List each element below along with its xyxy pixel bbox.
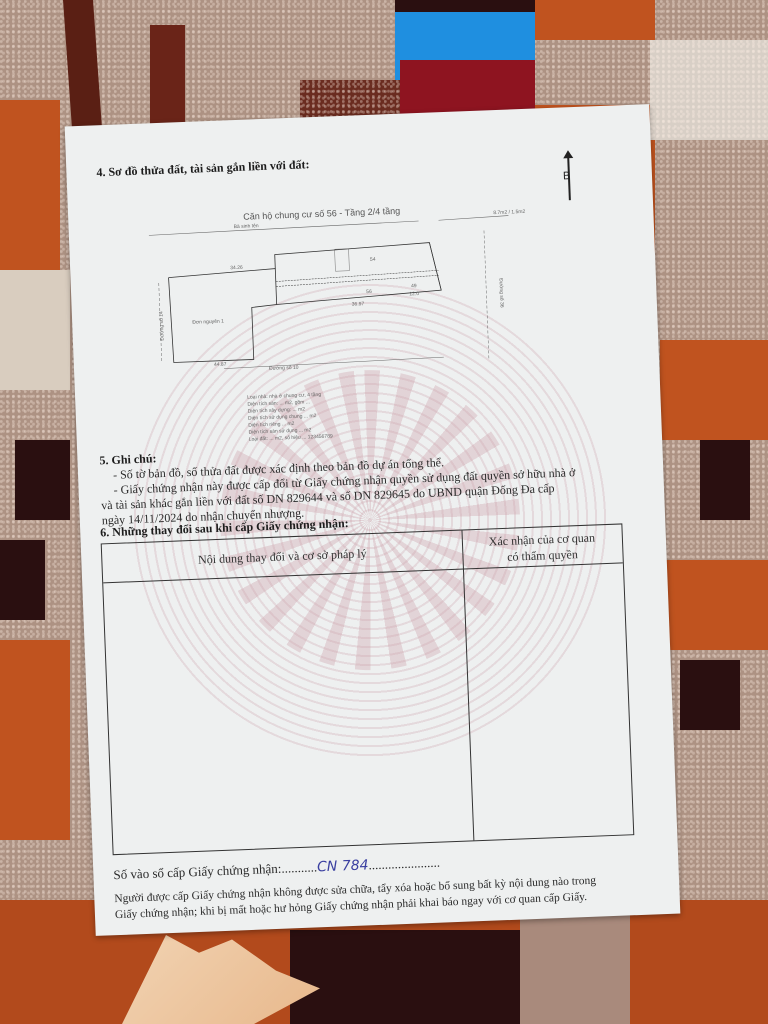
dim-top-left: 34.26 [230,265,243,271]
land-certificate-page: 4. Sơ đồ thửa đất, tài sản gắn liền với … [65,104,681,936]
north-arrow-icon: B [561,152,577,203]
right-road-label: Đường số 36 [498,278,505,308]
unit-54-label: 54 [370,257,376,263]
unit-56-label: 56 [366,289,372,295]
unit-49-label: 49 [411,283,417,289]
owner-block-label: Đơn nguyên 1 [192,319,224,326]
registry-number-handwritten: CN 784 [317,857,369,875]
corner-area-label: 8.7m2 / 1.5m2 [493,209,525,216]
left-road-label: Đường số 14 [159,311,166,341]
registry-number-line: Số vào sổ cấp Giấy chứng nhận:..........… [113,855,440,884]
bottom-road-label: Đường số 10 [269,365,299,372]
col-header-authority: Xác nhận của cơ quan có thẩm quyền [462,528,623,566]
registry-label: Số vào sổ cấp Giấy chứng nhận: [113,861,282,882]
parcel-diagram: Bà sinh tên Đường số 10 Đường số 14 Đườn… [138,208,564,394]
diagram-legend: Loại nhà: nhà ở chung cư, 4 tầng Diện tí… [247,388,429,444]
dim-bottom-right: 36.97 [352,301,365,307]
top-road-label: Bà sinh tên [234,223,259,230]
dim-mid: 12.0 [409,291,419,297]
col-header-changes: Nội dung thay đổi và cơ sở pháp lý [102,543,462,572]
dim-bottom-left: 44.87 [214,361,227,367]
section-4-title: 4. Sơ đồ thửa đất, tài sản gắn liền với … [96,157,310,180]
changes-table: Nội dung thay đổi và cơ sở pháp lý Xác n… [101,523,635,855]
